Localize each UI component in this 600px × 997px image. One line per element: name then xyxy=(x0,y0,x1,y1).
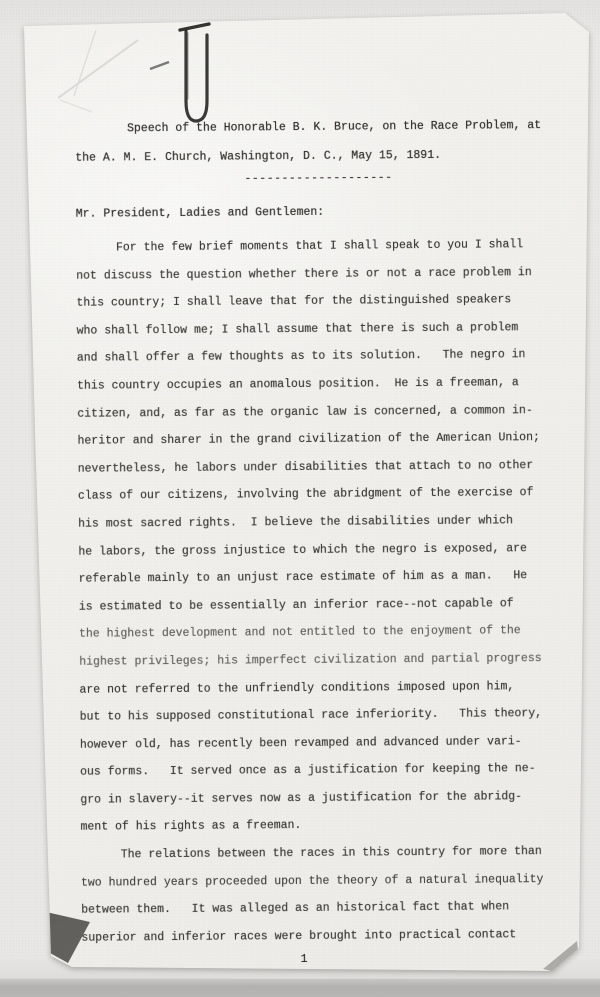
text-line: is estimated to be essentially an inferi… xyxy=(79,590,569,621)
text-line: superior and inferior races were brought… xyxy=(81,921,571,952)
scanned-document-page: Speech of the Honorable B. K. Bruce, on … xyxy=(0,0,600,997)
text-line: nevertheless, he labors under disabiliti… xyxy=(78,452,568,483)
text-line: citizen, and, as far as the organic law … xyxy=(77,396,567,427)
speech-body: For the few brief moments that I shall s… xyxy=(76,231,572,955)
typewritten-text: Speech of the Honorable B. K. Bruce, on … xyxy=(0,0,600,997)
text-line: are not referred to the unfriendly condi… xyxy=(79,672,569,703)
text-line: this country; I shall leave that for the… xyxy=(76,286,566,317)
text-line: not discuss the question whether there i… xyxy=(76,258,566,289)
text-line: who shall follow me; I shall assume that… xyxy=(77,314,567,345)
text-line: the highest development and not entitled… xyxy=(79,617,569,648)
text-line: ment of his rights as a freeman. xyxy=(80,810,570,841)
text-line: The relations between the races in this … xyxy=(81,838,571,869)
divider-dashes: -------------------- xyxy=(244,171,392,185)
text-line: heritor and sharer in the grand civiliza… xyxy=(77,424,567,455)
text-line: class of our citizens, involving the abr… xyxy=(78,479,568,510)
text-line: however old, has recently been revamped … xyxy=(80,728,570,759)
paper-surface: Speech of the Honorable B. K. Bruce, on … xyxy=(0,0,600,997)
text-line: referable mainly to an unjust race estim… xyxy=(79,562,569,593)
text-line: between them. It was alleged as an histo… xyxy=(81,893,571,924)
text-line: and shall offer a few thoughts as to its… xyxy=(77,341,567,372)
text-line: gro in slavery--it serves now as a justi… xyxy=(80,783,570,814)
title-line-2: the A. M. E. Church, Washington, D. C., … xyxy=(75,149,441,165)
text-line: this country occupies an anomalous posit… xyxy=(77,369,567,400)
text-line: his most sacred rights. I believe the di… xyxy=(78,507,568,538)
text-line: For the few brief moments that I shall s… xyxy=(76,231,566,262)
paper-sheet: Speech of the Honorable B. K. Bruce, on … xyxy=(0,0,600,997)
text-line: but to his supposed constitutional race … xyxy=(80,700,570,731)
text-line: ous forms. It served once as a justifica… xyxy=(80,755,570,786)
page-number: 1 xyxy=(301,953,308,966)
text-line: two hundred years proceeded upon the the… xyxy=(81,866,571,897)
text-line: he labors, the gross injustice to which … xyxy=(78,534,568,565)
title-line-1: Speech of the Honorable B. K. Bruce, on … xyxy=(127,119,541,135)
text-line: highest privileges; his imperfect civili… xyxy=(79,645,569,676)
salutation-line: Mr. President, Ladies and Gentlemen: xyxy=(76,206,325,221)
